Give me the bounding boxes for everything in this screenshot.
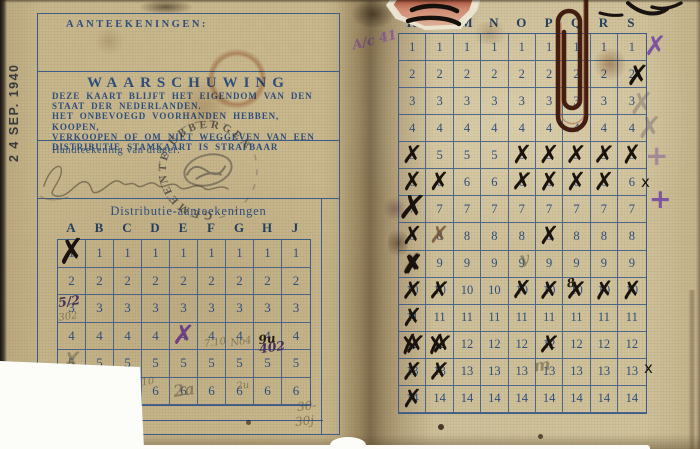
coupon-number: 3 xyxy=(491,94,497,109)
grid-cell: 13 xyxy=(454,359,481,386)
grid-cell: 7 xyxy=(454,196,481,223)
coupon-number: 4 xyxy=(436,121,442,136)
coupon-number: 1 xyxy=(293,245,300,261)
grid-cell: 13 xyxy=(563,359,590,386)
grid-cell: 2 xyxy=(591,61,618,88)
grid-cell: 9 xyxy=(591,251,618,278)
coupon-number: 3 xyxy=(546,94,552,109)
grid-cell: 3 xyxy=(399,88,426,115)
grid-cell: 7 xyxy=(426,196,453,223)
cross-mark: ✗ xyxy=(170,321,198,348)
coupon-number: 14 xyxy=(433,391,446,406)
coupon-number: 7 xyxy=(546,202,552,217)
coupon-number: 4 xyxy=(519,121,525,136)
grid-cell: 14✗ xyxy=(399,386,426,413)
grid-cell: 3 xyxy=(618,88,645,115)
grid-cell: 2 xyxy=(454,61,481,88)
grid-cell: 8✗ xyxy=(536,223,563,250)
grid-cell: 1 xyxy=(142,240,170,268)
grid-cell: 1 xyxy=(454,34,481,61)
grid-cell: 11 xyxy=(563,305,590,332)
grid-cell: 5 xyxy=(142,350,170,378)
coupon-number: 4 xyxy=(491,121,497,136)
grid-cell: 8✗ xyxy=(426,223,453,250)
grid-cell: 4 xyxy=(618,115,645,142)
grid-cell: 6 xyxy=(618,169,645,196)
grid-cell: 2 xyxy=(399,61,426,88)
coupon-number: 2 xyxy=(124,273,131,289)
grid-cell: 4 xyxy=(536,115,563,142)
coupon-number: 8 xyxy=(519,229,525,244)
grid-cell: 7 xyxy=(509,196,536,223)
section-divider xyxy=(38,71,339,72)
grid-cell: 1 xyxy=(426,34,453,61)
grid-cell: 13 xyxy=(591,359,618,386)
grid-cell: 10✗8 xyxy=(563,278,590,305)
grid-cell: 8 xyxy=(481,223,508,250)
grid-cell: 4 xyxy=(114,323,142,351)
handwritten-annotation: m xyxy=(532,354,551,375)
grid-cell: 47.10 xyxy=(198,323,226,351)
grid-cell: 10 xyxy=(454,278,481,305)
handwritten-fold-note: A/c 41 xyxy=(351,28,399,54)
coupon-number: 3 xyxy=(96,300,103,316)
grid-cell: 3 xyxy=(282,295,310,323)
grid-cell: 1 xyxy=(536,34,563,61)
cross-mark: ✗ xyxy=(563,168,590,195)
grid-cell: 4 xyxy=(426,115,453,142)
grid-cell: 9 xyxy=(426,251,453,278)
grid-cell: 2 xyxy=(58,268,86,296)
grid-cell: 4 xyxy=(86,323,114,351)
grid-cell: 6 xyxy=(481,169,508,196)
grid-cell: 4 xyxy=(481,115,508,142)
coupon-number: 8 xyxy=(464,229,470,244)
column-header: N xyxy=(480,15,507,31)
grid-cell: 62u xyxy=(226,378,254,406)
coupon-number: 11 xyxy=(516,310,528,325)
cross-mark: ✗ xyxy=(617,276,646,303)
grid-cell: 1 xyxy=(618,34,645,61)
coupon-number: 13 xyxy=(598,364,611,379)
coupon-number: 2 xyxy=(546,67,552,82)
grid-cell: 7 xyxy=(563,196,590,223)
grid-cell: 5 xyxy=(226,350,254,378)
grid-cell: 3 xyxy=(142,295,170,323)
grid-cell: 1✗ xyxy=(58,240,86,268)
coupon-number: 13 xyxy=(461,364,474,379)
coupon-number: 6 xyxy=(629,175,635,190)
cross-mark: ✗ xyxy=(563,141,590,168)
grid-cell: 2 xyxy=(481,61,508,88)
grid-cell: 5✗ xyxy=(399,142,426,169)
grid-cell: 13 xyxy=(509,359,536,386)
grid-cell: 5✗ xyxy=(618,142,645,169)
coupon-number: 9 xyxy=(436,256,442,271)
grid-cell: 1 xyxy=(481,34,508,61)
coupon-number: 3 xyxy=(152,300,159,316)
grid-cell: 11 xyxy=(536,305,563,332)
cross-mark: ✗ xyxy=(399,384,426,411)
coupon-number: 1 xyxy=(436,40,442,55)
grid-cell: 10✗ xyxy=(536,278,563,305)
grid-cell: 7 xyxy=(536,196,563,223)
grid-cell: 5 xyxy=(254,350,282,378)
coupon-number: 3 xyxy=(573,94,579,109)
grid-cell: 12 xyxy=(591,332,618,359)
coupon-number: 8 xyxy=(573,229,579,244)
grid-cell: 4 xyxy=(142,323,170,351)
column-header: O xyxy=(508,15,535,31)
grid-cell: 10✗ xyxy=(399,278,426,305)
coupon-number: 11 xyxy=(461,310,473,325)
grid-cell: 10✗ xyxy=(509,278,536,305)
column-header: G xyxy=(225,220,253,236)
column-header: S xyxy=(617,15,644,31)
grid-cell: 3 xyxy=(114,295,142,323)
grid-cell: 1 xyxy=(591,34,618,61)
grid-cell: 1 xyxy=(114,240,142,268)
grid-cell: 4 xyxy=(399,115,426,142)
aanteekeningen-label: AANTEEKENINGEN: xyxy=(66,19,208,30)
grid-cell: 10✗ xyxy=(426,278,453,305)
grid-cell: 14 xyxy=(563,386,590,413)
column-header: E xyxy=(169,220,197,236)
coupon-number: 2 xyxy=(152,273,159,289)
coupon-number: 4 xyxy=(464,121,470,136)
grid-cell: 14 xyxy=(481,386,508,413)
cross-mark: ✗ xyxy=(426,357,454,385)
coupon-number: 4 xyxy=(629,121,635,136)
coupon-number: 2 xyxy=(409,67,415,82)
grid-cell: 12 xyxy=(618,332,645,359)
grid-cell: 2 xyxy=(170,268,198,296)
scanned-ration-card: AANTEEKENINGEN: WAARSCHUWING DEZE KAART … xyxy=(0,0,700,449)
cross-mark: ✗ xyxy=(536,276,563,303)
grid-cell: 9✗ xyxy=(399,251,426,278)
coupon-number: 7 xyxy=(601,202,607,217)
signature-label: Handteekening van drager: xyxy=(52,145,181,156)
coupon-number: 9 xyxy=(573,256,579,271)
cross-mark: ✗ xyxy=(425,275,454,303)
coupon-number: 5 xyxy=(180,355,187,371)
cross-mark: ✗ xyxy=(536,222,563,249)
grid-cell: 11 xyxy=(426,305,453,332)
cross-mark: ✗ xyxy=(426,222,453,249)
column-header: L xyxy=(425,15,452,31)
cross-mark: ✗ xyxy=(399,141,426,168)
coupon-number: 3 xyxy=(629,94,635,109)
coupon-number: 3 xyxy=(409,94,415,109)
grid-cell: 9 xyxy=(563,251,590,278)
coupon-number: 9 xyxy=(491,256,497,271)
coupon-number: 2 xyxy=(601,67,607,82)
coupon-number: 7 xyxy=(436,202,442,217)
grid-cell: 6 xyxy=(254,378,282,406)
coupon-number: 11 xyxy=(571,310,583,325)
coupon-number: 2 xyxy=(208,273,215,289)
grid-cell: 7 xyxy=(481,196,508,223)
handwritten-annotation: 5/2 xyxy=(57,292,81,310)
cross-mark: ✗ xyxy=(398,276,426,303)
left-grid-column-headers: ABCDEFGHJ xyxy=(57,220,309,236)
coupon-number: 6 xyxy=(264,383,271,399)
coupon-number: 4 xyxy=(124,328,131,344)
coupon-number: 12 xyxy=(626,337,639,352)
grid-cell: 4No4 xyxy=(226,323,254,351)
coupon-number: 6 xyxy=(208,383,215,399)
grid-cell: 2 xyxy=(198,268,226,296)
coupon-number: 11 xyxy=(488,310,500,325)
coupon-number: 1 xyxy=(236,245,243,261)
warning-line: STAAT DER NEDERLANDEN. xyxy=(52,101,328,111)
coupon-number: 12 xyxy=(516,337,529,352)
grid-cell: 10✗ xyxy=(591,278,618,305)
coupon-number: 2 xyxy=(293,273,300,289)
grid-cell: 1 xyxy=(254,240,282,268)
column-header: M xyxy=(453,15,480,31)
grid-cell: 13 xyxy=(481,359,508,386)
cross-mark: ✗ xyxy=(590,275,619,303)
coupon-number: 12 xyxy=(570,337,583,352)
grid-cell: 49u402 xyxy=(254,323,282,351)
cross-mark: ✗ xyxy=(536,141,562,167)
grid-cell: 9 xyxy=(454,251,481,278)
grid-cell: 9y xyxy=(509,251,536,278)
grid-cell: 5 xyxy=(170,350,198,378)
grid-cell: 3 xyxy=(563,88,590,115)
coupon-number: 5 xyxy=(236,355,243,371)
coupon-number: 7 xyxy=(519,202,525,217)
coupon-number: 9 xyxy=(601,256,607,271)
coupon-number: 1 xyxy=(124,245,131,261)
coupon-number: 2 xyxy=(236,273,243,289)
coupon-number: 1 xyxy=(601,40,607,55)
coupon-number: 1 xyxy=(546,40,552,55)
grid-cell: 2 xyxy=(114,268,142,296)
coupon-number: 9 xyxy=(464,256,470,271)
cross-mark: ✗ xyxy=(535,167,563,195)
column-header: D xyxy=(141,220,169,236)
cross-mark: ✗ xyxy=(399,357,426,384)
coupon-number: 4 xyxy=(546,121,552,136)
grid-cell: 2 xyxy=(86,268,114,296)
coupon-number: 4 xyxy=(96,328,103,344)
coupon-number: 11 xyxy=(626,310,638,325)
cross-mark: ✗ xyxy=(398,249,426,277)
bottom-edge-notch xyxy=(330,437,366,449)
grid-cell: 14 xyxy=(509,386,536,413)
grid-cell: 13✗ xyxy=(399,359,426,386)
coupon-number: 2 xyxy=(96,273,103,289)
grid-cell: 5 xyxy=(282,350,310,378)
coupon-number: 4 xyxy=(601,121,607,136)
grid-cell: 10 xyxy=(481,278,508,305)
column-header: Q xyxy=(562,15,589,31)
coupon-number: 1 xyxy=(264,245,271,261)
margin-cross-mark: ✗ xyxy=(644,33,667,60)
section-divider xyxy=(38,140,339,141)
grid-cell: 1 xyxy=(399,34,426,61)
bottom-white-sliver xyxy=(140,445,650,449)
grid-cell: 62a xyxy=(170,378,198,406)
grid-cell: 3 xyxy=(454,88,481,115)
grid-cell: 5✗ xyxy=(591,142,618,169)
coupon-number: 5 xyxy=(264,355,271,371)
coupon-number: 12 xyxy=(598,337,611,352)
coupon-number: 13 xyxy=(516,364,529,379)
grid-cell: 3 xyxy=(481,88,508,115)
grid-cell: 13m xyxy=(536,359,563,386)
grid-cell: 4 xyxy=(591,115,618,142)
grid-cell: 8 xyxy=(509,223,536,250)
grid-cell: 13 xyxy=(618,359,645,386)
grid-cell: 1 xyxy=(282,240,310,268)
coupon-number: 3 xyxy=(180,300,187,316)
grid-cell: 4 xyxy=(282,323,310,351)
grid-cell: 11 xyxy=(481,305,508,332)
coupon-number: 1 xyxy=(464,40,470,55)
grid-cell: 2 xyxy=(563,61,590,88)
coupon-number: 8 xyxy=(629,229,635,244)
coupon-number: 14 xyxy=(461,391,474,406)
grid-cell: 1 xyxy=(563,34,590,61)
grid-cell: 1 xyxy=(198,240,226,268)
coupon-number: 13 xyxy=(626,364,639,379)
grid-cell: 9 xyxy=(618,251,645,278)
coupon-number: 1 xyxy=(491,40,497,55)
coupon-number: 2 xyxy=(573,67,579,82)
grid-cell: 11 xyxy=(454,305,481,332)
handwritten-annotation: 2u xyxy=(235,379,249,392)
grid-cell: 4 xyxy=(509,115,536,142)
coupon-number: 5 xyxy=(293,355,300,371)
coupon-number: 11 xyxy=(598,310,610,325)
grid-cell: 9 xyxy=(536,251,563,278)
grid-cell: 3 xyxy=(226,295,254,323)
coupon-number: 3 xyxy=(124,300,131,316)
margin-cross-mark: + xyxy=(649,186,672,213)
warning-body: DEZE KAART BLIJFT HET EIGENDOM VAN DEN S… xyxy=(52,91,328,152)
coupon-number: 8 xyxy=(491,229,497,244)
coupon-number: 3 xyxy=(236,300,243,316)
coupon-number: 2 xyxy=(68,273,75,289)
grid-cell: 7 xyxy=(618,196,645,223)
margin-cross-mark: + xyxy=(645,142,668,170)
coupon-number: 14 xyxy=(598,391,611,406)
cross-mark: ✗ xyxy=(426,168,453,195)
handwritten-annotation: 2a xyxy=(172,379,196,401)
grid-cell: 11 xyxy=(618,305,645,332)
coupon-number: 3 xyxy=(464,94,470,109)
grid-cell: 2 xyxy=(509,61,536,88)
ink-speck xyxy=(438,424,444,430)
grid-cell: 11 xyxy=(591,305,618,332)
grid-cell: 2 xyxy=(254,268,282,296)
coupon-number: 14 xyxy=(543,391,556,406)
coupon-number: 2 xyxy=(464,67,470,82)
column-header: R xyxy=(590,15,617,31)
grid-cell: 4✗ xyxy=(170,323,198,351)
grid-cell: 3 xyxy=(86,295,114,323)
grid-cell: 5 xyxy=(198,350,226,378)
grid-cell: 14 xyxy=(536,386,563,413)
grid-cell: 8 xyxy=(454,223,481,250)
grid-cell: 3 xyxy=(170,295,198,323)
cross-mark: ✗ xyxy=(428,330,457,358)
coupon-number: 14 xyxy=(626,391,639,406)
coupon-number: 2 xyxy=(629,67,635,82)
handwritten-annotation: 7.10 xyxy=(203,336,227,350)
coupon-number: 7 xyxy=(491,202,497,217)
coupon-number: 1 xyxy=(96,245,103,261)
grid-cell: 7✗ xyxy=(399,196,426,223)
section-divider xyxy=(38,198,339,199)
center-fold-shadow xyxy=(336,0,402,449)
grid-cell: 4 xyxy=(563,115,590,142)
grid-cell: 6✗ xyxy=(536,169,563,196)
coupon-number: 3 xyxy=(208,300,215,316)
grid-cell: 1 xyxy=(86,240,114,268)
grid-cell: 14 xyxy=(618,386,645,413)
cross-mark: ✗ xyxy=(398,194,426,222)
warning-title: WAARSCHUWING xyxy=(38,75,339,92)
cross-mark: ✗ xyxy=(507,167,536,195)
coupon-number: 12 xyxy=(461,337,474,352)
grid-cell: 3 xyxy=(254,295,282,323)
warning-line: HET ONBEVOEGD VOORHANDEN HEBBEN, KOOPEN, xyxy=(52,111,328,131)
handwritten-footnote: 30- xyxy=(296,398,317,414)
right-distribution-grid: 1111111112222222223333333334444444445✗55… xyxy=(398,33,647,414)
column-header: C xyxy=(113,220,141,236)
grid-cell: 2 xyxy=(282,268,310,296)
cross-mark: ✗ xyxy=(591,168,617,194)
grid-cell: 14 xyxy=(591,386,618,413)
grid-cell: 6 xyxy=(454,169,481,196)
coupon-number: 11 xyxy=(543,310,555,325)
coupon-number: 9 xyxy=(629,256,635,271)
handwritten-annotation: 8 xyxy=(565,275,575,290)
coupon-number: 8 xyxy=(601,229,607,244)
grid-cell: 11 xyxy=(509,305,536,332)
grid-cell: 6✗ xyxy=(509,169,536,196)
column-header: K xyxy=(398,15,425,31)
coupon-number: 11 xyxy=(434,310,446,325)
coupon-number: 12 xyxy=(488,337,501,352)
coupon-number: 4 xyxy=(293,328,300,344)
coupon-number: 9 xyxy=(546,256,552,271)
coupon-number: 10 xyxy=(488,283,501,298)
grid-cell: 5✗ xyxy=(563,142,590,169)
coupon-number: 4 xyxy=(68,328,75,344)
handwritten-footnote: 30j xyxy=(294,413,314,429)
coupon-number: 4 xyxy=(573,121,579,136)
coupon-number: 6 xyxy=(293,383,300,399)
ink-speck xyxy=(538,434,543,439)
coupon-number: 2 xyxy=(180,273,187,289)
grid-cell: 2 xyxy=(536,61,563,88)
coupon-number: 2 xyxy=(519,67,525,82)
coupon-number: 1 xyxy=(208,245,215,261)
left-grid-title: Distributie-aanteekeningen xyxy=(38,204,339,219)
grid-cell: 12 xyxy=(563,332,590,359)
column-header: B xyxy=(85,220,113,236)
coupon-number: 5 xyxy=(464,148,470,163)
cross-mark: ✗ xyxy=(399,303,426,330)
grid-cell: 3 xyxy=(426,88,453,115)
grid-cell: 3 xyxy=(591,88,618,115)
cross-mark: ✗ xyxy=(590,140,618,168)
